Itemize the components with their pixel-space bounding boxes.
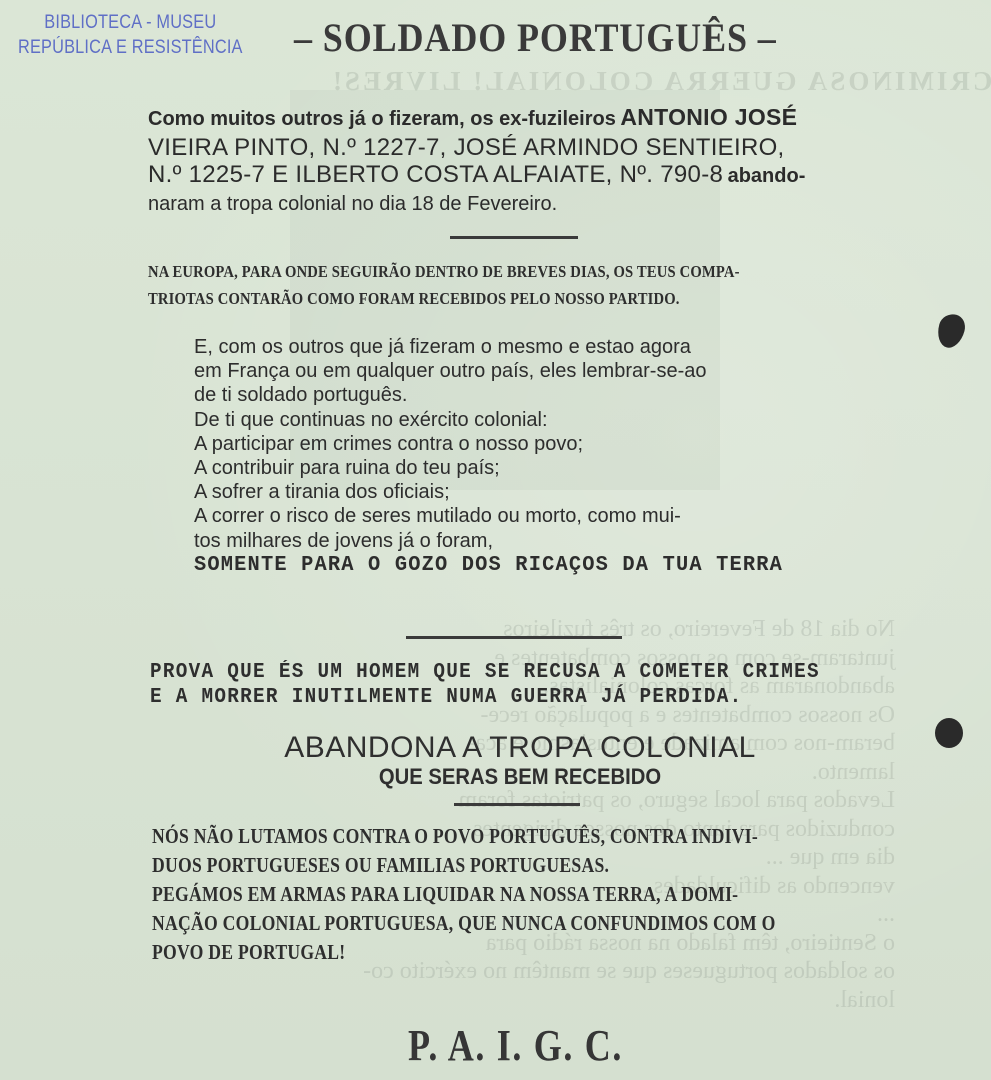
stamp-line-2: REPÚBLICA E RESISTÊNCIA (18, 35, 243, 60)
prova-paragraph: PROVA QUE ÉS UM HOMEM QUE SE RECUSA A CO… (150, 660, 820, 710)
punch-hole (935, 718, 963, 748)
somente-line: SOMENTE PARA O GOZO DOS RICAÇOS DA TUA T… (194, 554, 783, 578)
divider-rule (450, 236, 578, 239)
nos-paragraph: NÓS NÃO LUTAMOS CONTRA O POVO PORTUGUÊS,… (152, 822, 776, 967)
abandona-main: ABANDONA A TROPA COLONIAL (0, 732, 991, 764)
divider-rule (454, 803, 580, 806)
poem-paragraph: E, com os outros que já fizeram o mesmo … (194, 335, 801, 578)
paigc-signature: P. A. I. G. C. (408, 1020, 623, 1071)
document-title: – SOLDADO PORTUGUÊS – (294, 14, 777, 61)
abandona-heading: ABANDONA A TROPA COLONIAL QUE SERAS BEM … (0, 732, 991, 790)
library-stamp: BIBLIOTECA - MUSEU REPÚBLICA E RESISTÊNC… (18, 10, 243, 60)
europa-paragraph: NA EUROPA, PARA ONDE SEGUIRÃO DENTRO DE … (148, 258, 740, 312)
stamp-line-1: BIBLIOTECA - MUSEU (18, 10, 243, 35)
divider-rule (406, 636, 622, 639)
intro-paragraph: Como muitos outros já o fizeram, os ex-f… (148, 104, 888, 218)
abandona-sub: QUE SERAS BEM RECEBIDO (42, 764, 991, 790)
